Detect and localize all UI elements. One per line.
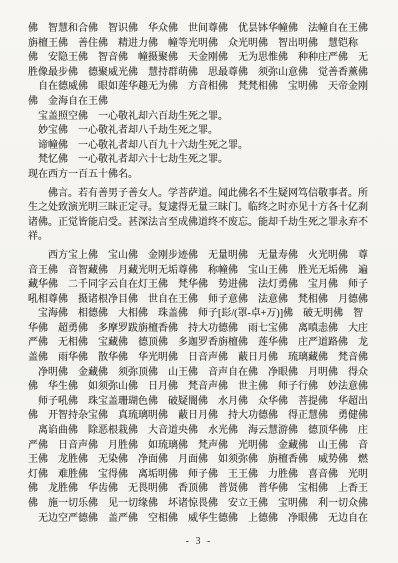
text-line-homage: 宝盖照空佛 一心敬礼却六百劫生死之罪。 xyxy=(28,110,370,125)
scanned-sutra-page: 佛 智慧和合佛 智识佛 华众佛 世间尊佛 优昙钵华幢佛 法幢自在王佛 旃檀王佛 … xyxy=(0,0,398,563)
section-heading: 现在西方一百五十佛名。 xyxy=(28,168,370,183)
text-line: 吼相尊佛 摄诸根净目佛 世自在王佛 师子意佛 法意佛 梵相佛 月德佛 xyxy=(28,293,370,308)
sutra-text-block: 佛 智慧和合佛 智识佛 华众佛 世间尊佛 优昙钵华幢佛 法幢自在王佛 旃檀王佛 … xyxy=(28,22,370,526)
text-line: 严佛 无相佛 宝藏佛 德顶佛 多迦罗香旃檀佛 莲华佛 庄严道路佛 龙 xyxy=(28,336,370,351)
text-line: 无边空严德佛 盖严佛 空相佛 威华生德佛 上德佛 净眼佛 无边自在 xyxy=(28,512,370,527)
text-line-homage: 梵忆佛 一心敬礼者却六十七劫生死之罪。 xyxy=(28,153,370,168)
text-line: 诸佛。正觉皆能启受。甚深法言至成佛道终不废忘。能却千劫生死之罪永弃不 xyxy=(28,216,370,231)
text-line: 西方宝上佛 宝山佛 金刚步迹佛 无量明佛 无量寿佛 火光明佛 尊 xyxy=(28,249,370,264)
text-line: 佛言。若有善男子善女人。学菩萨道。闻此佛名不生疑网笃信敬事者。所 xyxy=(28,187,370,202)
text-line: 自在德威佛 眼如莲华趣无为佛 方音相佛 梵梵相佛 宝明佛 天帝金刚 xyxy=(28,80,370,95)
text-line: 师子吼佛 珠宝盖珊瑚色佛 破疑闇佛 水月佛 众华佛 菩提佛 华超出 xyxy=(28,395,370,410)
page-number: - 3 - xyxy=(28,536,370,547)
text-line: 音王佛 音智藏佛 月藏光明无垢尊佛 称幢佛 宝山王佛 胜光无垢佛 遍 xyxy=(28,264,370,279)
text-line: 佛 龙胜佛 华齿佛 无畏明佛 香顶佛 普贤佛 普华佛 宝相佛 上香王 xyxy=(28,482,370,497)
text-line: 佛 开智持杂宝佛 真琉璃明佛 蔽日月佛 持大功德佛 得正慧佛 勇健佛 xyxy=(28,409,370,424)
text-line: 佛 智慧和合佛 智识佛 华众佛 世间尊佛 优昙钵华幢佛 法幢自在王佛 xyxy=(28,22,370,37)
text-line: 佛 金海自在王佛 xyxy=(28,95,370,110)
text-line: 离谄曲佛 除恶根栽佛 大音道央佛 水光佛 海云慧游佛 德顶华佛 庄 xyxy=(28,424,370,439)
text-line-homage: 妙宝佛 一心敬礼者却八千劫生死之罪。 xyxy=(28,124,370,139)
text-line-homage: 谛幢佛 一心敬礼者却八百九十六劫生死之罪。 xyxy=(28,139,370,154)
text-line: 盖佛 雨华佛 散华佛 华光明佛 日音声佛 蔽日月佛 琉璃藏佛 梵音佛 xyxy=(28,351,370,366)
text-line: 华佛 超勇佛 多摩罗跋旃檀香佛 持大功德佛 雨七宝佛 离嗔恚佛 大庄 xyxy=(28,322,370,337)
text-line: 严佛 日音声佛 月胜佛 如琉璃佛 梵声佛 光明佛 金藏佛 山王佛 音 xyxy=(28,439,370,454)
text-line: 王佛 龙胜佛 无染佛 净面佛 月面佛 如须弥佛 旃檀香佛 威势佛 燃 xyxy=(28,453,370,468)
text-line: 旃檀王佛 善住佛 精进力佛 幢等光明佛 众光明佛 智出明佛 慧铠称 xyxy=(28,37,370,52)
text-line: 胜像最步佛 德聚威光佛 慧持群萌佛 思最尊佛 须弥山意佛 觉善香薰佛 xyxy=(28,66,370,81)
text-line: 佛 施一切乐佛 见一切缘佛 坏诸惊畏佛 安立王佛 宝明佛 利一切众佛 xyxy=(28,497,370,512)
text-line: 灯佛 难胜佛 宝得佛 离垢明佛 师子佛 王王佛 力胜佛 喜音佛 光明 xyxy=(28,468,370,483)
text-line: 生之处致演光明三昧正定寻。复逮得无量三昧门。临终之时亦见十方各十亿刹 xyxy=(28,201,370,216)
text-line: 佛 华生佛 如须弥山佛 日月佛 梵音声佛 世主佛 师子行佛 妙法意佛 xyxy=(28,380,370,395)
text-line: 宝海佛 相德佛 大相佛 珠盖佛 师子[髟/(罩-卓+万)]佛 破无明佛 智 xyxy=(28,307,370,322)
text-line: 藏华佛 二千同字云自在灯王佛 梵华佛 势进佛 法灯勇佛 宝月佛 师子 xyxy=(28,278,370,293)
text-line: 祥。 xyxy=(28,230,370,245)
text-line: 净明佛 金藏佛 须弥顶佛 山王佛 音声自在佛 净眼佛 月明佛 得众 xyxy=(28,366,370,381)
text-line: 佛 安隐王佛 智音佛 幢摄聚佛 天金刚佛 无为思惟佛 种种庄严佛 无 xyxy=(28,51,370,66)
